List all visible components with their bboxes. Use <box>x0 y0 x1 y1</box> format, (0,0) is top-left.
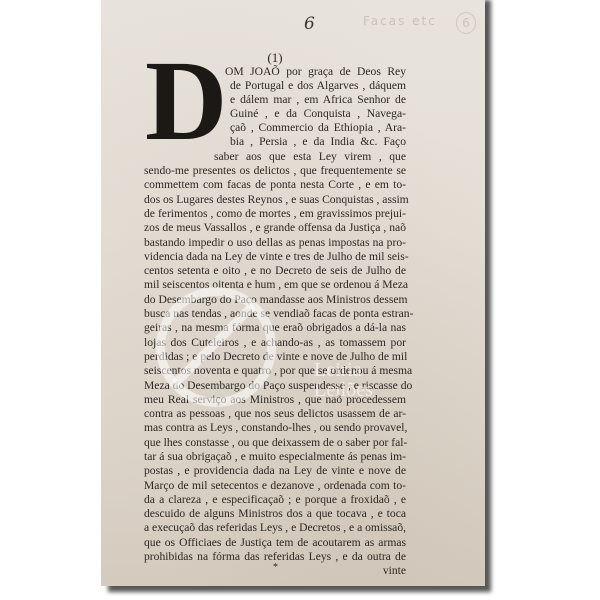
text-line: commettem com facas de ponta nesta Corte… <box>144 178 406 192</box>
text-line: da a clareza , e especificaçaõ ; e porqu… <box>144 493 406 507</box>
text-line: busca nas tendas , aonde se vendiaõ faca… <box>144 307 406 321</box>
text-line: bastando impedir o uso dellas as penas i… <box>144 236 406 250</box>
signature-mark: * <box>273 562 278 573</box>
text-line: e dálem mar , em Africa Senhor de <box>230 93 406 107</box>
text-line: geiras , na mesma fórma que eraõ obrigad… <box>144 321 406 335</box>
text-line: centos setenta e oito , e no Decreto de … <box>144 264 406 278</box>
text-line: do Desembargo do Paço mandasse aos Minis… <box>144 293 406 307</box>
text-line: dos os Lugares destes Reynos , e suas Co… <box>144 193 406 207</box>
text-line: bia , Persia , e da India &c. Faço <box>230 135 406 149</box>
text-line: descuido de alguns Ministros dos a que t… <box>144 507 406 521</box>
text-line: Guiné , e da Conquista , Navega- <box>230 107 406 121</box>
text-line: çaõ , Commercio da Ethiopia , Ara- <box>230 121 406 135</box>
text-line: a execuçaõ das referidas Leys , e Decret… <box>144 521 406 535</box>
text-line: postas , e providencia dada na Ley de vi… <box>144 464 406 478</box>
document-viewer: 6 Facas etc 6 (1) D OM JOAÕ por graça de… <box>0 0 600 600</box>
text-line: de Portugal e dos Algarves , dáquem <box>230 79 406 93</box>
text-line: perdidas ; e pelo Decreto de vinte e nov… <box>144 350 406 364</box>
text-line: tar á sua obrigaçaõ , e muito especialme… <box>144 450 406 464</box>
text-line: Março de mil setecentos e dezanove , ord… <box>144 479 406 493</box>
text-line: de ferimentos , como de mortes , em grav… <box>144 207 406 221</box>
text-line: contra as pessoas , que nos seus delicto… <box>144 407 406 421</box>
text-line: sendo-me presentes os delictos , que fre… <box>144 164 406 178</box>
text-line: Meza do Desembargo do Paço suspendesse ,… <box>144 379 406 393</box>
text-line: meu Real serviço aos Ministros , que naõ… <box>144 393 406 407</box>
text-line: que os Officiaes de Justiça tem de acout… <box>144 536 406 550</box>
document-page: 6 Facas etc 6 (1) D OM JOAÕ por graça de… <box>101 0 485 586</box>
body-text: OM JOAÕ por graça de Deos Rey de Portuga… <box>101 0 485 586</box>
text-line: zos de meus Vassallos , e grande offensa… <box>144 221 406 235</box>
text-line: mas contra as Leys , constando-lhes , ou… <box>144 421 406 435</box>
text-line: que lhes constasse , ou que deixassem de… <box>144 436 406 450</box>
text-line: mil seiscentos oitenta e hum , em que se… <box>144 278 406 292</box>
text-line: saber aos que esta Ley virem , que <box>214 150 406 164</box>
text-line: lojas dos Cuteleiros , e achando-as , as… <box>144 336 406 350</box>
catchword: vinte <box>331 564 406 578</box>
text-line: OM JOAÕ por graça de Deos Rey <box>225 65 406 79</box>
text-line: videncia dada na Ley de vinte e tres de … <box>144 250 406 264</box>
text-line: seiscentos noventa e quatro , por que se… <box>144 364 406 378</box>
